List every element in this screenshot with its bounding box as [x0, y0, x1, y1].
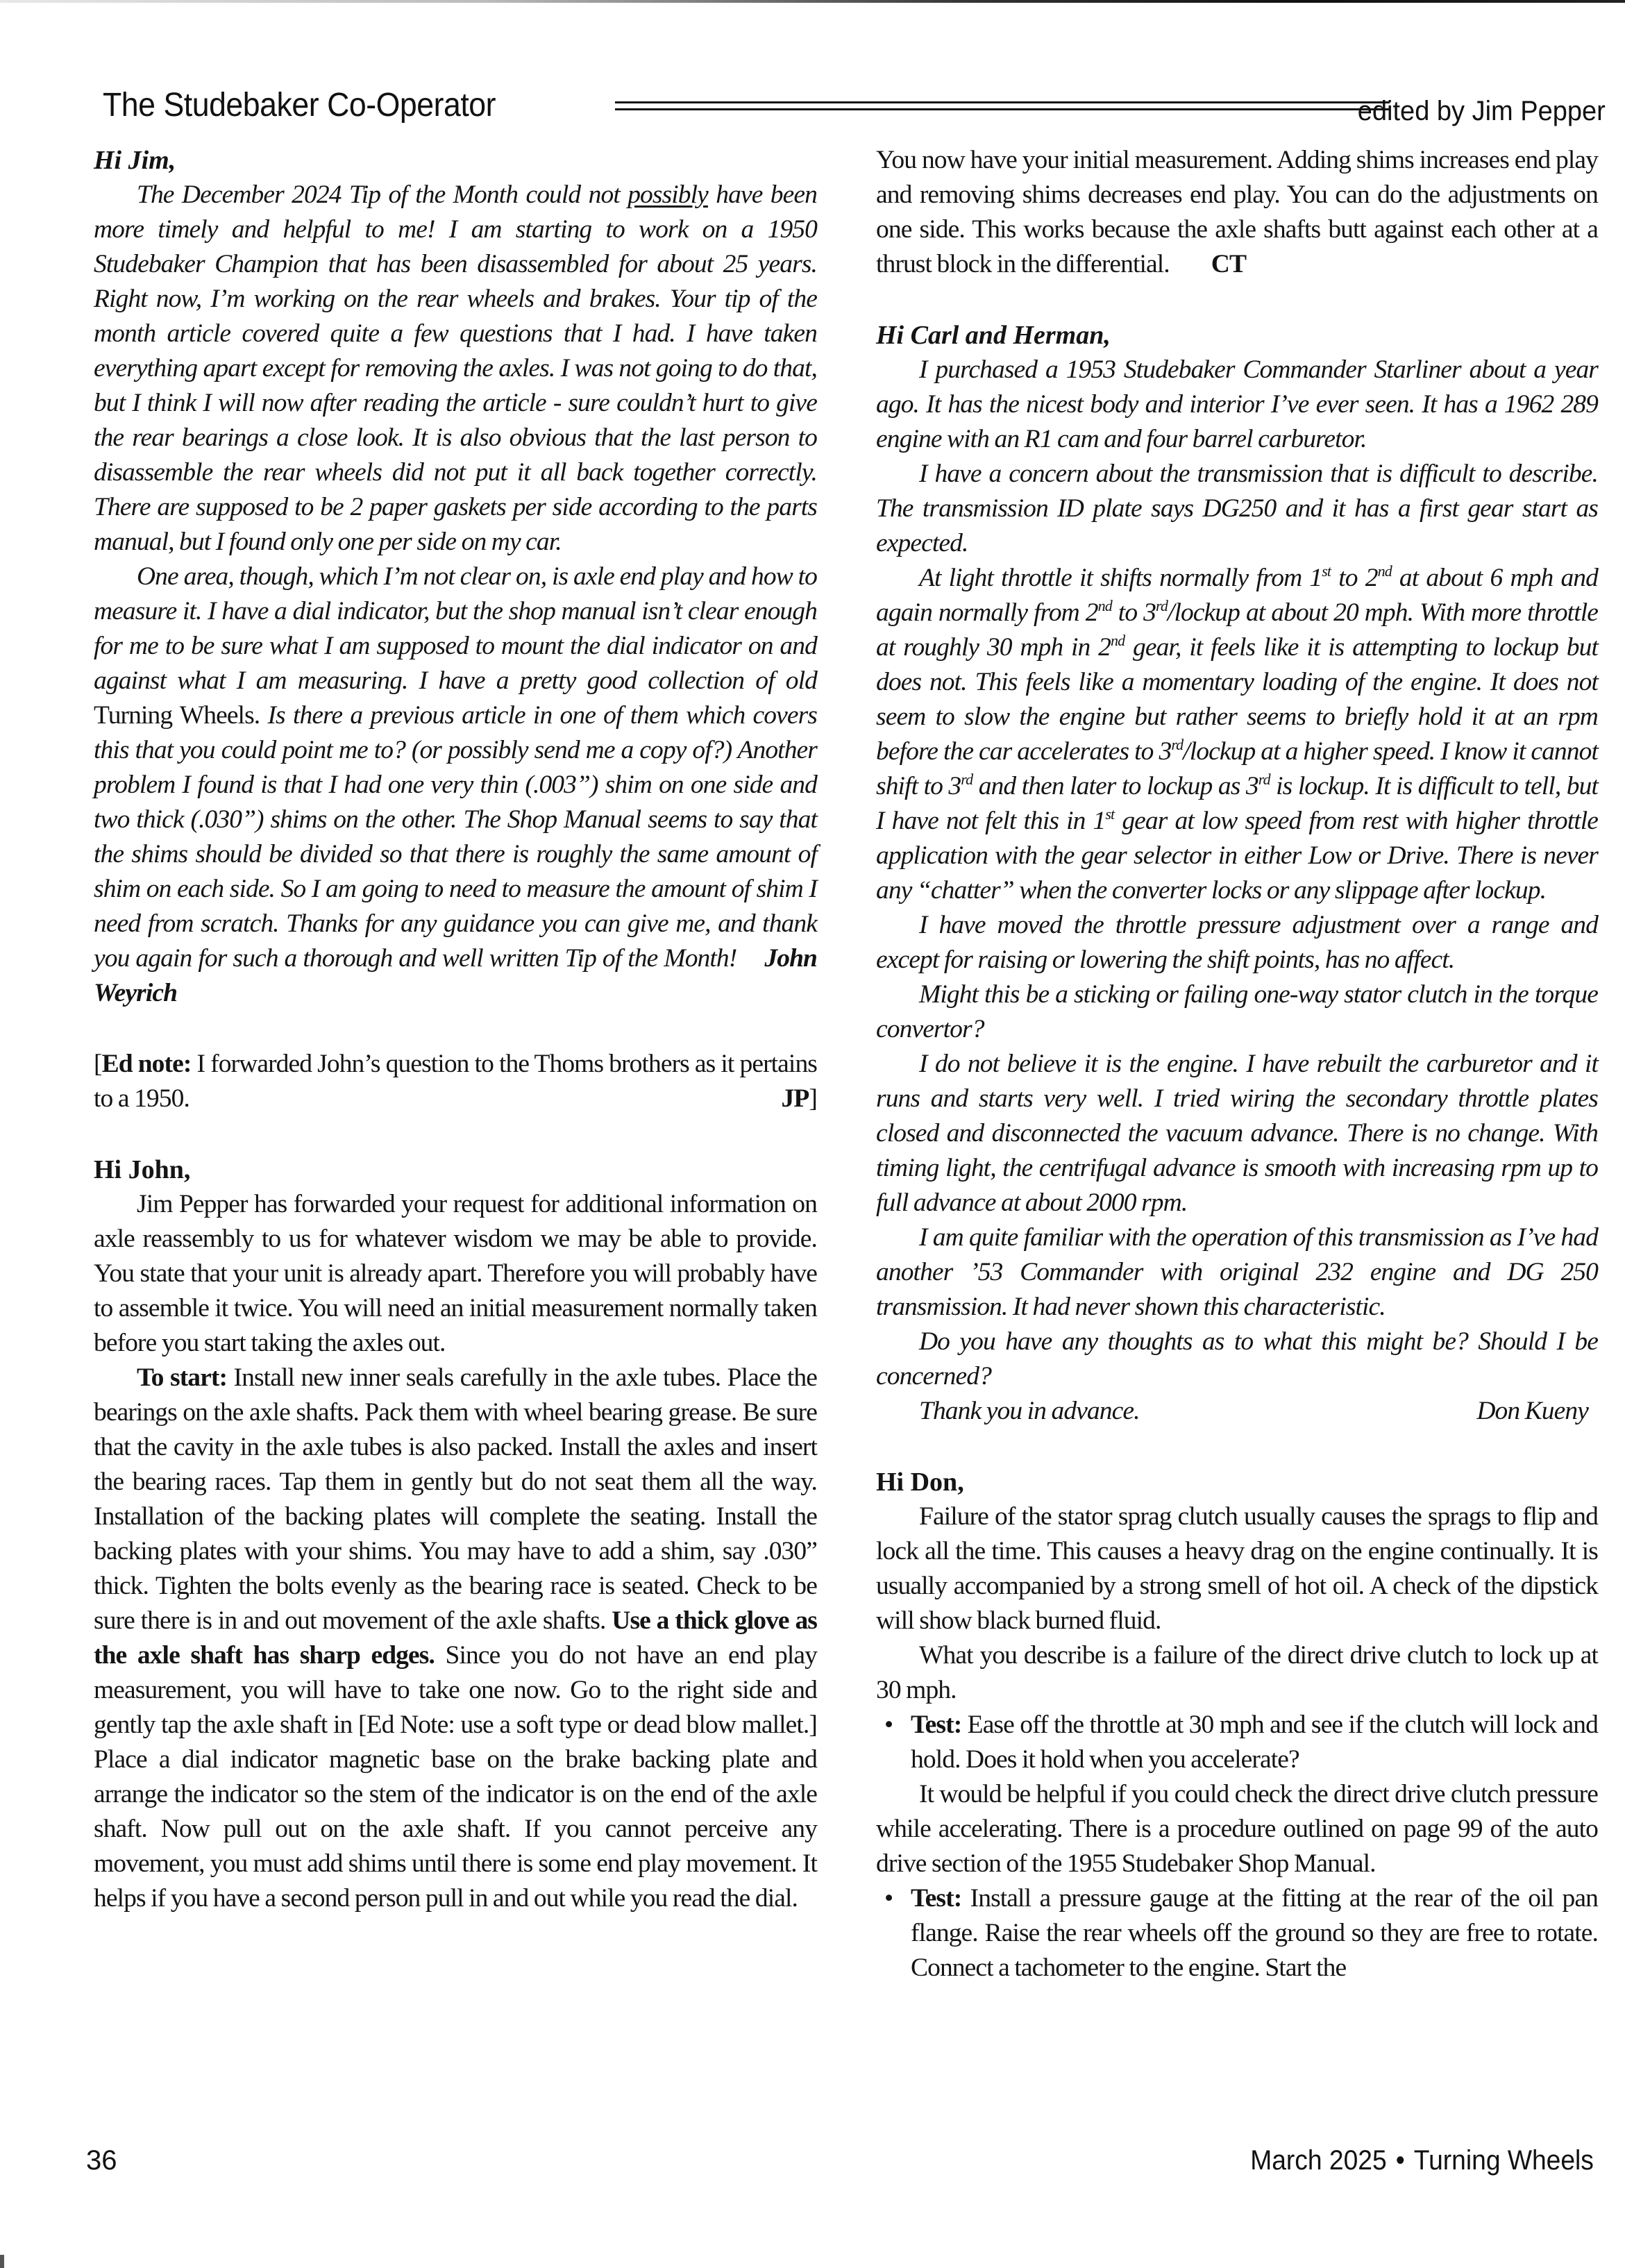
header-double-rule	[615, 101, 1390, 112]
test-label: Test:	[911, 1884, 961, 1913]
reply-paragraph: It would be helpful if you could check t…	[876, 1777, 1598, 1881]
text-run: I forwarded John’s question to the Thoms…	[94, 1050, 817, 1113]
rule-line	[615, 101, 1390, 103]
reply-paragraph: What you describe is a failure of the di…	[876, 1638, 1598, 1708]
letter-paragraph: I am quite familiar with the operation o…	[876, 1220, 1598, 1325]
text-run: to 3	[1112, 598, 1156, 627]
underlined-emphasis: possibly	[628, 180, 708, 209]
text-run: Ease off the throttle at 30 mph and see …	[911, 1711, 1598, 1774]
reply-signature: CT	[1211, 250, 1246, 278]
letter-paragraph: The December 2024 Tip of the Month could…	[94, 178, 817, 560]
ordinal-suffix: nd	[1111, 632, 1125, 649]
reply-paragraph: To start: Install new inner seals carefu…	[94, 1361, 817, 1916]
letter-salutation: Hi Carl and Herman,	[876, 318, 1598, 353]
reply-to-john: Hi John, Jim Pepper has forwarded your r…	[94, 1152, 817, 1916]
editor-initials: JP	[782, 1084, 809, 1113]
ordinal-suffix: st	[1105, 805, 1114, 823]
bracket: ]	[809, 1084, 817, 1113]
text-run: and then later to lockup as 3	[973, 772, 1258, 800]
text-run: Is there a previous article in one of th…	[94, 701, 817, 973]
scan-edge-artifact	[0, 0, 1625, 3]
reply-paragraph: Jim Pepper has forwarded your request fo…	[94, 1187, 817, 1361]
bullet-separator-icon: •	[1396, 2145, 1405, 2176]
test-bullet-item: •Test: Ease off the throttle at 30 mph a…	[876, 1708, 1598, 1777]
letter-paragraph: Might this be a sticking or failing one-…	[876, 977, 1598, 1047]
reply-salutation: Hi Don,	[876, 1465, 1598, 1500]
letter-paragraph: I have moved the throttle pressure adjus…	[876, 908, 1598, 977]
reply-to-don: Hi Don, Failure of the stator sprag clut…	[876, 1465, 1598, 1985]
editor-note: [Ed note: I forwarded John’s question to…	[94, 1047, 817, 1116]
letter-paragraph: I do not believe it is the engine. I hav…	[876, 1047, 1598, 1220]
letter-paragraph: Do you have any thoughts as to what this…	[876, 1325, 1598, 1394]
page-number: 36	[86, 2145, 117, 2176]
ordinal-suffix: st	[1322, 562, 1331, 580]
test-bullet-item: •Test: Install a pressure gauge at the f…	[876, 1881, 1598, 1985]
right-column: You now have your initial measurement. A…	[876, 143, 1598, 1985]
letter-paragraph: At light throttle it shifts normally fro…	[876, 561, 1598, 908]
ordinal-suffix: nd	[1098, 597, 1112, 614]
reply-salutation: Hi John,	[94, 1152, 817, 1187]
ordinal-suffix: rd	[1156, 597, 1168, 614]
left-column: Hi Jim, The December 2024 Tip of the Mon…	[94, 143, 817, 1916]
text-run: Since you do not have an end play measur…	[94, 1641, 817, 1913]
letter-paragraph: I purchased a 1953 Studebaker Commander …	[876, 353, 1598, 457]
step-label: To start:	[137, 1363, 227, 1392]
page-footer: 36 March 2025•Turning Wheels	[86, 2145, 1594, 2187]
scan-edge-artifact	[0, 2255, 4, 2268]
letter-john-weyrich: Hi Jim, The December 2024 Tip of the Mon…	[94, 143, 817, 1011]
reply-paragraph: Failure of the stator sprag clutch usual…	[876, 1500, 1598, 1638]
text-run: Install a pressure gauge at the fitting …	[911, 1884, 1598, 1982]
bracket: [	[94, 1050, 102, 1078]
letter-closing-row: Thank you in advance.Don Kueny	[876, 1394, 1598, 1429]
letter-salutation: Hi Jim,	[94, 143, 817, 178]
editor-note-text: [Ed note: I forwarded John’s question to…	[94, 1047, 817, 1116]
rule-line	[615, 108, 1390, 110]
ordinal-suffix: rd	[1171, 736, 1183, 753]
column-title: The Studebaker Co-Operator	[103, 86, 496, 124]
text-run: to 2	[1331, 564, 1377, 592]
bullet-icon: •	[884, 1708, 893, 1742]
test-label: Test:	[911, 1711, 961, 1739]
issue-info: March 2025•Turning Wheels	[1250, 2145, 1594, 2176]
reply-paragraph-continued: You now have your initial measurement. A…	[876, 143, 1598, 282]
page-header: The Studebaker Co-Operator edited by Jim…	[103, 82, 1606, 137]
ordinal-suffix: rd	[961, 771, 973, 788]
editor-note-label: Ed note:	[102, 1050, 192, 1078]
ordinal-suffix: rd	[1258, 771, 1270, 788]
editor-credit: edited by Jim Pepper	[1358, 96, 1606, 127]
bullet-icon: •	[884, 1881, 893, 1916]
publication-name: Turning Wheels.	[94, 701, 260, 730]
letter-signature: Don Kueny	[1433, 1394, 1588, 1429]
letter-paragraph: I have a concern about the transmission …	[876, 457, 1598, 561]
publication-name: Turning Wheels	[1414, 2145, 1594, 2176]
text-run: have been more timely and helpful to me!…	[94, 180, 817, 556]
text-run: At light throttle it shifts normally fro…	[919, 564, 1322, 592]
text-run: One area, though, which I’m not clear on…	[94, 562, 817, 695]
letter-don-kueny: Hi Carl and Herman, I purchased a 1953 S…	[876, 318, 1598, 1429]
issue-date: March 2025	[1250, 2145, 1386, 2176]
text-run: Install new inner seals carefully in the…	[94, 1363, 817, 1635]
text-run: The December 2024 Tip of the Month could…	[137, 180, 628, 209]
ordinal-suffix: nd	[1378, 562, 1392, 580]
letter-closing: Thank you in advance.	[876, 1394, 1140, 1429]
letter-paragraph: One area, though, which I’m not clear on…	[94, 560, 817, 1011]
